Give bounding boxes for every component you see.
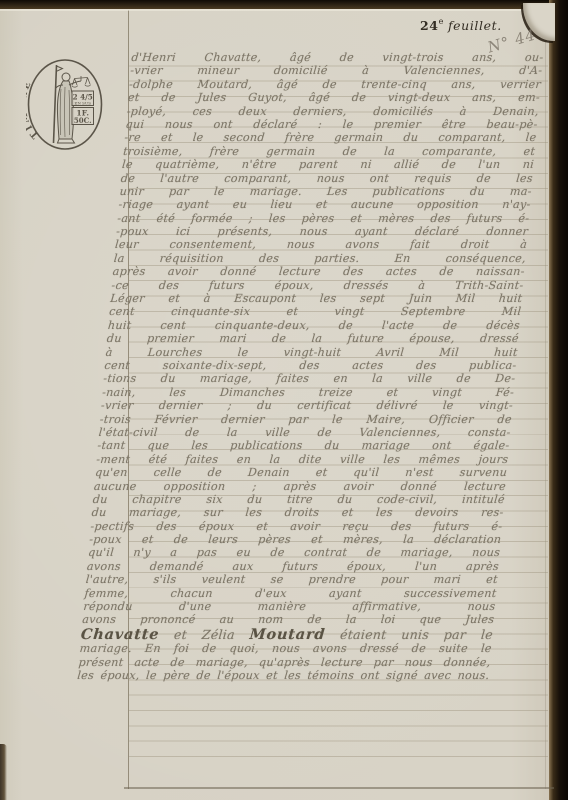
manuscript-line: après avoir donné lecture des actes de n…: [112, 265, 525, 278]
manuscript-line: de l'autre comparant, nous ont requis de…: [120, 172, 533, 185]
manuscript-line: -ment été faites en la dite ville les mê…: [96, 453, 509, 466]
manuscript-line: -poux et de leurs pères et mères, la déc…: [89, 533, 502, 546]
page-bottom-edge: [124, 787, 554, 789]
manuscript-line: les époux, le père de l'époux et les tém…: [77, 669, 490, 682]
manuscript-line: l'autre, s'ils veulent se prendre pour m…: [85, 573, 498, 586]
manuscript-line: avons demandé aux futurs époux, l'un apr…: [86, 560, 499, 573]
spouse-name: Moutard: [249, 626, 326, 643]
stamp-centimes-value: 50C.: [74, 116, 92, 125]
manuscript-line: Chavatte et Zélia Moutard étaient unis p…: [80, 627, 493, 642]
right-rule-line: [545, 10, 546, 789]
manuscript-line: cent cinquante-six et vingt Septembre Mi…: [109, 305, 522, 318]
manuscript: d'Henri Chavatte, âgé de vingt-trois ans…: [77, 51, 544, 682]
folio-header: 24efeuillet.: [420, 17, 502, 33]
scales-icon: [72, 76, 90, 87]
manuscript-line: du chapitre six du titre du code-civil, …: [92, 493, 505, 506]
manuscript-line: troisième, frère germain de la comparant…: [123, 145, 536, 158]
manuscript-line: -ce des futurs époux, dressés à Trith-Sa…: [111, 279, 524, 292]
manuscript-line: l'état-civil de la ville de Valenciennes…: [98, 426, 511, 439]
spouse-name: Chavatte: [80, 626, 160, 643]
manuscript-line: -dolphe Moutard, âgé de trente-cinq ans,…: [128, 78, 541, 91]
manuscript-line: d'Henri Chavatte, âgé de vingt-trois ans…: [131, 51, 544, 64]
manuscript-line: leur consentement, nous avons fait droit…: [114, 238, 527, 251]
manuscript-line: qu'en celle de Denain et qu'il n'est sur…: [95, 466, 508, 479]
manuscript-line: -pectifs des époux et avoir reçu des fut…: [90, 520, 503, 533]
folio-number: 24: [420, 18, 439, 33]
register-page: 24efeuillet. N° 44 TIMBRE: [0, 0, 568, 800]
manuscript-line: -poux ici présents, nous ayant déclaré d…: [116, 225, 529, 238]
manuscript-line: -tions du mariage, faites en la ville de…: [103, 372, 516, 385]
svg-text:TIMBRE: TIMBRE: [26, 78, 41, 140]
folio-word: feuillet.: [448, 18, 502, 33]
revenue-stamp: TIMBRE 2 4/5 EN SUS: [26, 57, 104, 152]
manuscript-line: cent soixante-dix-sept, des actes des pu…: [104, 359, 517, 372]
manuscript-line: -riage ayant eu lieu et aucune oppositio…: [118, 198, 531, 211]
manuscript-line: -ployé, ces deux derniers, domiciliés à …: [126, 105, 539, 118]
book-edge-bottom-left: [0, 744, 7, 800]
folio-suffix: e: [439, 17, 444, 26]
manuscript-line: -trois Février dernier par le Maire, Off…: [99, 413, 512, 426]
manuscript-line: -vrier dernier ; du certificat délivré l…: [100, 399, 513, 412]
manuscript-line: du premier mari de la future épouse, dre…: [106, 332, 519, 345]
manuscript-line: qui nous ont déclaré : le premier être b…: [125, 118, 538, 131]
manuscript-line: du mariage, sur les droits et les devoir…: [91, 506, 504, 519]
manuscript-line: la réquisition des parties. En conséquen…: [113, 252, 526, 265]
manuscript-line: Léger et à Escaupont les sept Juin Mil h…: [110, 292, 523, 305]
manuscript-line: répondu d'une manière affirmative, nous: [83, 600, 496, 613]
manuscript-line: huit cent cinquante-deux, de l'acte de d…: [107, 319, 520, 332]
manuscript-line: -re et le second frère germain du compar…: [124, 131, 537, 144]
manuscript-line: -nain, les Dimanches treize et vingt Fé-: [102, 386, 515, 399]
manuscript-line: présent acte de mariage, qu'après lectur…: [78, 656, 491, 669]
manuscript-line: le quatrième, n'être parent ni allié de …: [121, 158, 534, 171]
manuscript-text: étaient unis par le: [325, 627, 494, 642]
manuscript-line: à Lourches le vingt-huit Avril Mil huit: [105, 346, 518, 359]
manuscript-line: femme, chacun d'eux ayant successivement: [84, 587, 497, 600]
book-edge-right: [549, 0, 568, 800]
manuscript-line: mariage. En foi de quoi, nous avons dres…: [79, 642, 492, 655]
manuscript-line: avons prononcé au nom de la loi que Jule…: [82, 613, 495, 626]
stamp-ring-label: TIMBRE: [26, 78, 41, 140]
stamp-surcharge-label: EN SUS: [74, 101, 91, 106]
manuscript-line: et de Jules Guyot, âgé de vingt-deux ans…: [127, 91, 540, 104]
page-top-highlight: [0, 9, 568, 11]
manuscript-line: qu'il n'y a pas eu de contrat de mariage…: [87, 546, 500, 559]
manuscript-line: -vrier mineur domicilié à Valenciennes, …: [130, 64, 543, 77]
manuscript-line: aucune opposition ; après avoir donné le…: [93, 480, 506, 493]
manuscript-line: unir par le mariage. Les publications du…: [119, 185, 532, 198]
book-edge-top: [0, 0, 568, 9]
manuscript-line: -ant été formée ; les pères et mères des…: [117, 212, 530, 225]
manuscript-text: et Zélia: [159, 627, 251, 642]
manuscript-line: -tant que les publications du mariage on…: [97, 439, 510, 452]
